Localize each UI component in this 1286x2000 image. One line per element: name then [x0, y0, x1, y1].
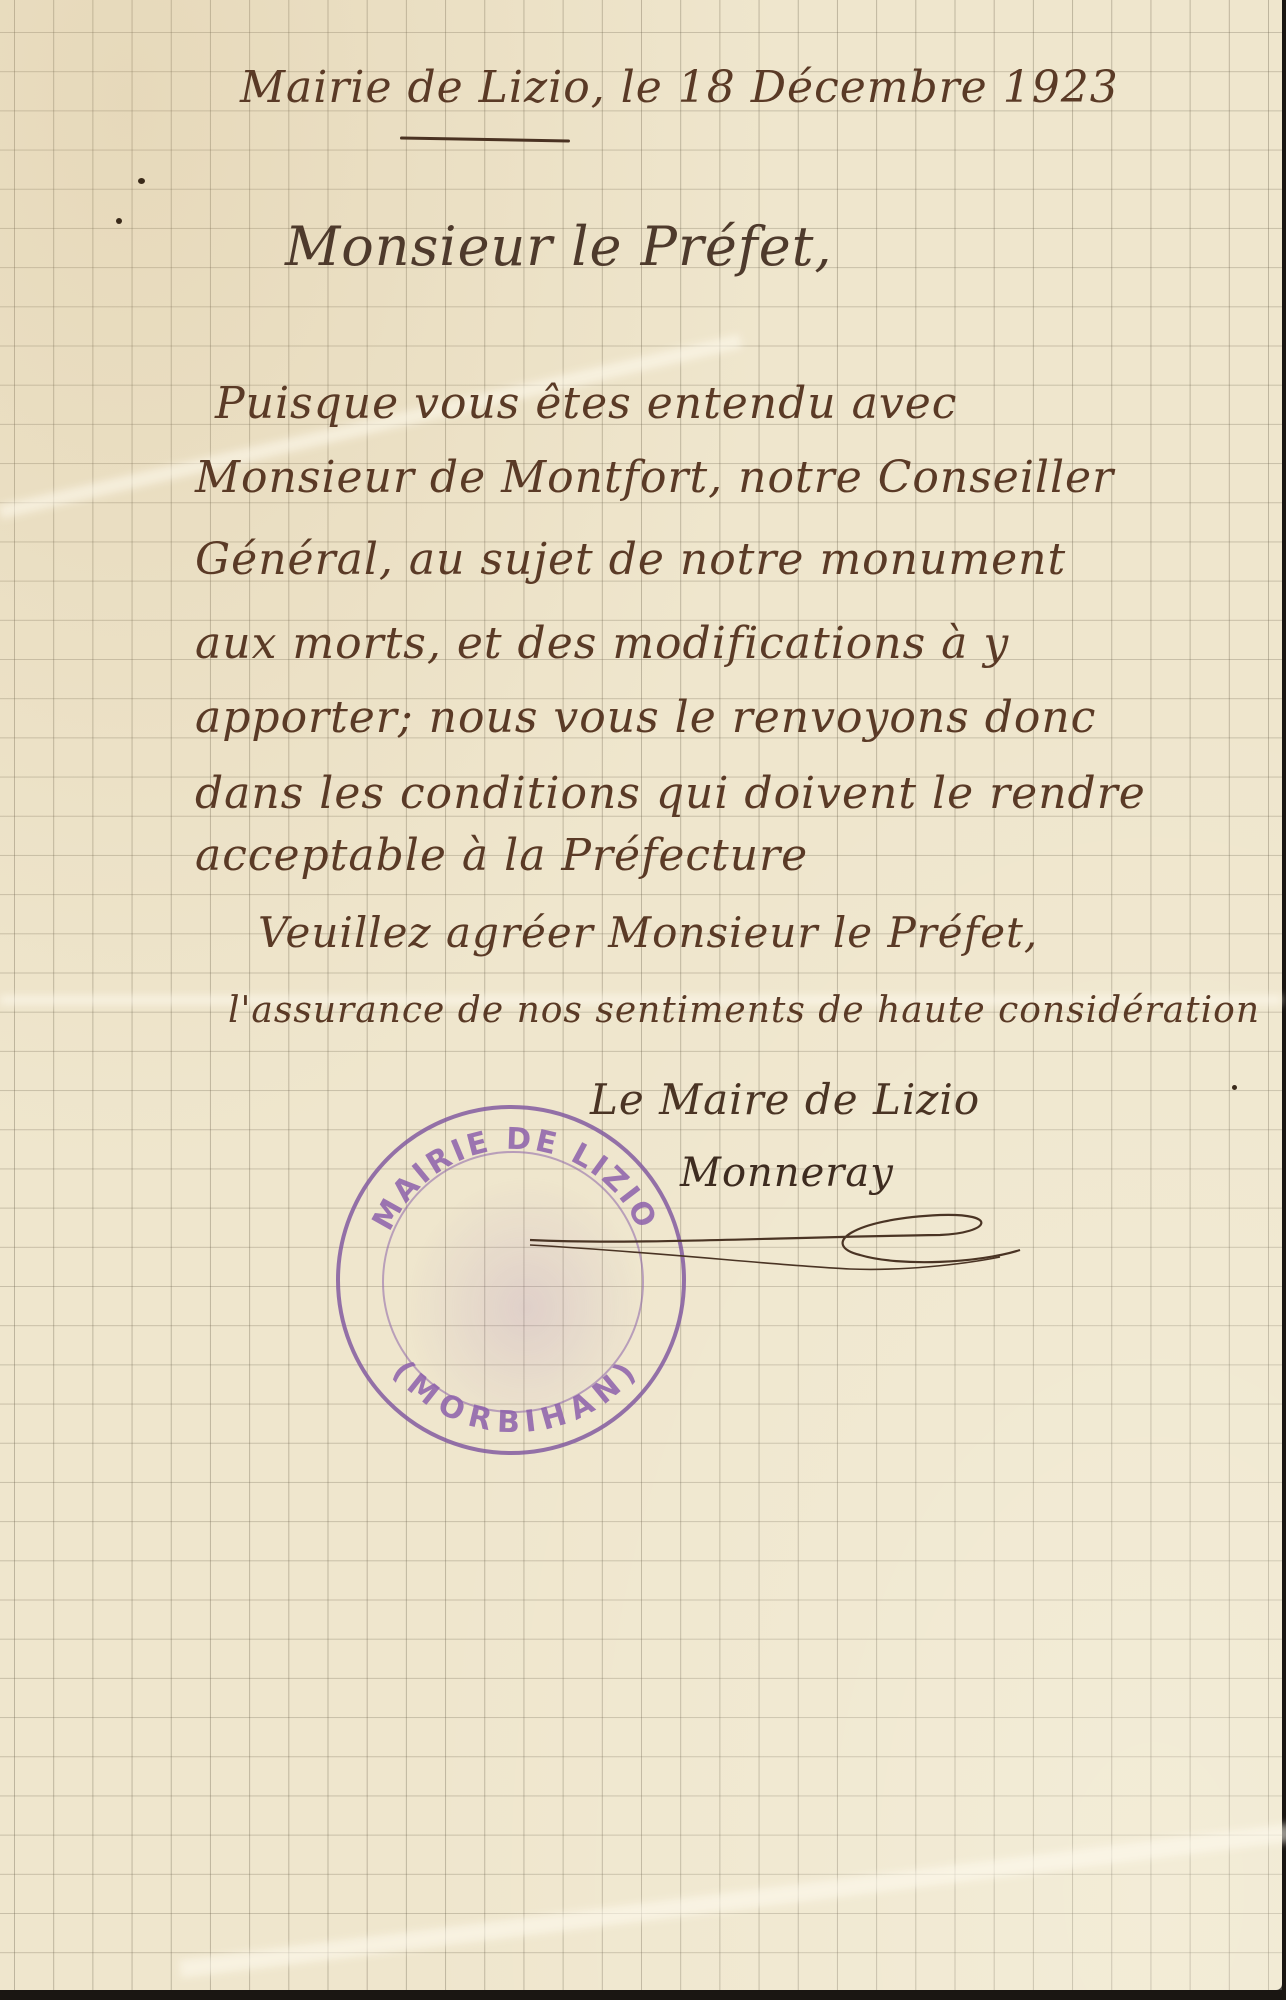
salutation: Monsieur le Préfet,	[285, 215, 833, 278]
letter-page: Mairie de Lizio, le 18 Décembre 1923 Mon…	[0, 0, 1282, 1990]
body-line: apporter; nous vous le renvoyons donc	[195, 692, 1096, 743]
closing-line: l'assurance de nos sentiments de haute c…	[228, 990, 1260, 1031]
stamp-bottom-text: (MORBIHAN)	[385, 1354, 644, 1440]
paper-fold-crease	[179, 1824, 1286, 1978]
ink-speck	[1232, 1085, 1237, 1090]
closing-line: Veuillez agréer Monsieur le Préfet,	[258, 908, 1038, 957]
svg-text:(MORBIHAN): (MORBIHAN)	[385, 1354, 644, 1440]
signature-title: Le Maire de Lizio	[590, 1075, 980, 1124]
signature-name: Monneray	[680, 1150, 894, 1196]
body-line: Monsieur de Montfort, notre Conseiller	[195, 452, 1114, 503]
ink-speck	[116, 218, 122, 224]
body-line: aux morts, et des modifications à y	[195, 618, 1009, 669]
signature-flourish	[520, 1205, 1040, 1285]
letter-heading: Mairie de Lizio, le 18 Décembre 1923	[240, 62, 1119, 113]
body-line: Puisque vous êtes entendu avec	[215, 378, 957, 429]
body-line: acceptable à la Préfecture	[195, 830, 808, 881]
ink-speck	[138, 178, 145, 184]
body-line: Général, au sujet de notre monument	[195, 534, 1066, 585]
heading-underline	[400, 137, 570, 143]
body-line: dans les conditions qui doivent le rendr…	[195, 768, 1146, 819]
